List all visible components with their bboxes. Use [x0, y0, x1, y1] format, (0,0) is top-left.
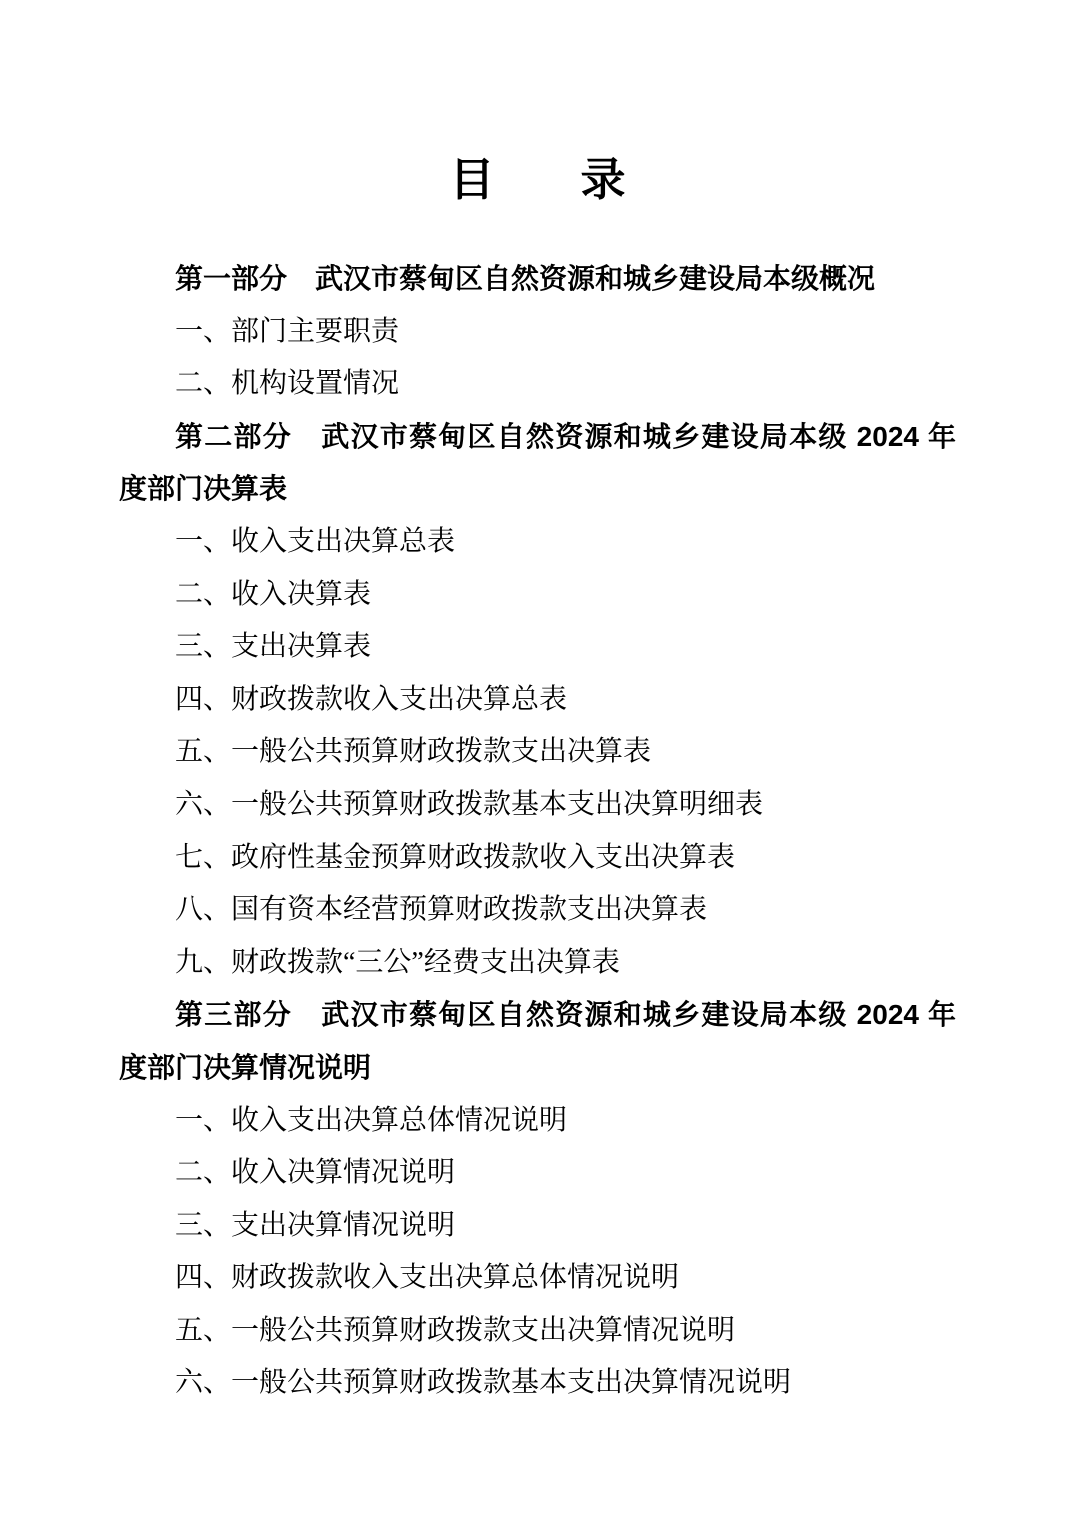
toc-heading-part3: 第三部分 武汉市蔡甸区自然资源和城乡建设局本级 2024 年 度部门决算情况说明 — [119, 989, 956, 1094]
toc-item-line: 五、一般公共预算财政拨款支出决算表 — [119, 726, 956, 779]
toc-heading-part2: 第二部分 武汉市蔡甸区自然资源和城乡建设局本级 2024 年 度部门决算表 — [119, 411, 956, 516]
toc-item: 五、一般公共预算财政拨款支出决算表 — [119, 726, 956, 779]
toc-item: 六、一般公共预算财政拨款基本支出决算情况说明 — [119, 1357, 956, 1410]
toc-item-line: 五、一般公共预算财政拨款支出决算情况说明 — [119, 1305, 956, 1358]
toc-item: 四、财政拨款收入支出决算总体情况说明 — [119, 1252, 956, 1305]
toc-item: 五、一般公共预算财政拨款支出决算情况说明 — [119, 1305, 956, 1358]
page-title-char-left: 目 — [449, 147, 494, 213]
toc-item-line: 三、支出决算情况说明 — [119, 1200, 956, 1253]
toc-item: 九、财政拨款“三公”经费支出决算表 — [119, 937, 956, 990]
toc-heading-line: 度部门决算表 — [119, 463, 956, 516]
toc-item: 七、政府性基金预算财政拨款收入支出决算表 — [119, 832, 956, 885]
toc-item-line: 六、一般公共预算财政拨款基本支出决算明细表 — [119, 779, 956, 832]
toc-item: 一、收入支出决算总表 — [119, 516, 956, 569]
toc-item-line: 二、收入决算表 — [119, 569, 956, 622]
toc-item: 六、一般公共预算财政拨款基本支出决算明细表 — [119, 779, 956, 832]
toc-item-line: 七、政府性基金预算财政拨款收入支出决算表 — [119, 832, 956, 885]
page-title-char-right: 录 — [581, 147, 626, 213]
toc-item: 三、支出决算情况说明 — [119, 1200, 956, 1253]
toc-item-line: 四、财政拨款收入支出决算总表 — [119, 674, 956, 727]
toc-item-line: 一、收入支出决算总表 — [119, 516, 956, 569]
toc-item-line: 一、收入支出决算总体情况说明 — [119, 1095, 956, 1148]
table-of-contents: 第一部分 武汉市蔡甸区自然资源和城乡建设局本级概况 一、部门主要职责 二、机构设… — [119, 253, 956, 1410]
toc-item: 二、机构设置情况 — [119, 358, 956, 411]
document-page: 目 录 第一部分 武汉市蔡甸区自然资源和城乡建设局本级概况 一、部门主要职责 二… — [0, 0, 1074, 1520]
toc-item-line: 二、收入决算情况说明 — [119, 1147, 956, 1200]
toc-item: 三、支出决算表 — [119, 621, 956, 674]
toc-heading-part1: 第一部分 武汉市蔡甸区自然资源和城乡建设局本级概况 — [119, 253, 956, 306]
toc-item: 八、国有资本经营预算财政拨款支出决算表 — [119, 884, 956, 937]
toc-item-line: 六、一般公共预算财政拨款基本支出决算情况说明 — [119, 1357, 956, 1410]
toc-item: 二、收入决算情况说明 — [119, 1147, 956, 1200]
toc-heading-line: 第二部分 武汉市蔡甸区自然资源和城乡建设局本级 2024 年 — [119, 411, 956, 464]
toc-item: 一、部门主要职责 — [119, 306, 956, 359]
toc-item-line: 二、机构设置情况 — [119, 358, 956, 411]
toc-item-line: 四、财政拨款收入支出决算总体情况说明 — [119, 1252, 956, 1305]
toc-item-line: 三、支出决算表 — [119, 621, 956, 674]
toc-item-line: 八、国有资本经营预算财政拨款支出决算表 — [119, 884, 956, 937]
toc-item-line: 一、部门主要职责 — [119, 306, 956, 359]
page-title: 目 录 — [119, 147, 956, 213]
toc-heading-line: 第一部分 武汉市蔡甸区自然资源和城乡建设局本级概况 — [119, 253, 956, 306]
toc-item: 二、收入决算表 — [119, 569, 956, 622]
toc-item: 四、财政拨款收入支出决算总表 — [119, 674, 956, 727]
toc-item-line: 九、财政拨款“三公”经费支出决算表 — [119, 937, 956, 990]
toc-heading-line: 度部门决算情况说明 — [119, 1042, 956, 1095]
toc-item: 一、收入支出决算总体情况说明 — [119, 1095, 956, 1148]
toc-heading-line: 第三部分 武汉市蔡甸区自然资源和城乡建设局本级 2024 年 — [119, 989, 956, 1042]
